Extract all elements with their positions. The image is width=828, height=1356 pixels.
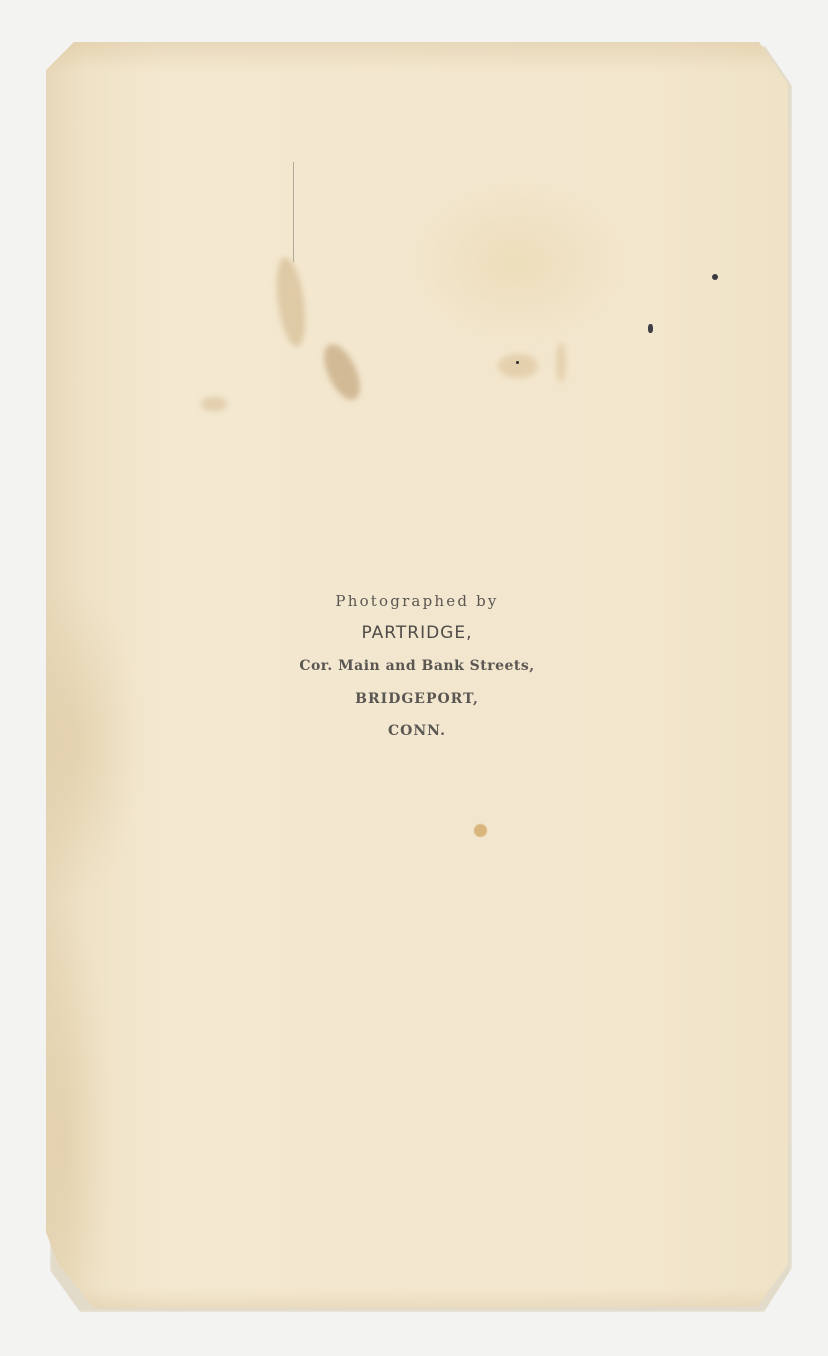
backstamp-address: Cor. Main and Bank Streets, [46,650,788,682]
backstamp-city: BRIDGEPORT, [46,682,788,716]
foxing-spot [474,824,487,837]
photo-card-back: Photographed by PARTRIDGE, Cor. Main and… [46,42,788,1308]
ink-spot [648,324,653,333]
ink-spot [712,274,718,280]
stain [498,354,538,378]
backstamp-state: CONN. [46,716,788,746]
stain [317,339,368,405]
stain [201,397,227,411]
backstamp-credit-line: Photographed by [46,586,788,616]
ink-spot [516,361,519,364]
pencil-mark [293,162,294,262]
photographer-backstamp: Photographed by PARTRIDGE, Cor. Main and… [46,586,788,746]
stain [556,342,566,382]
backstamp-studio-name: PARTRIDGE, [46,616,788,650]
stain [272,256,310,349]
